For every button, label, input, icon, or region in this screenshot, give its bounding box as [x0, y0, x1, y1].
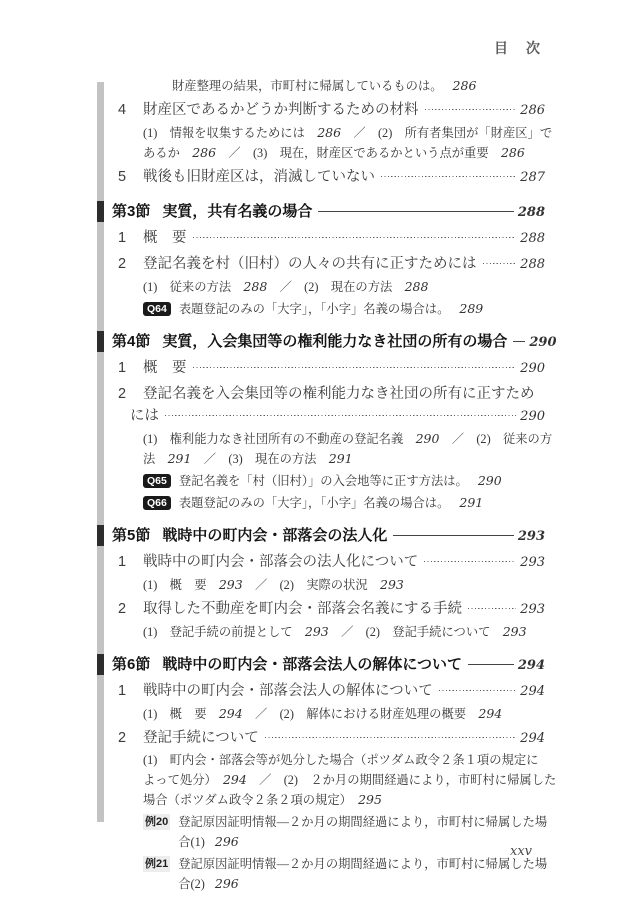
section-label: 第3節 — [112, 200, 150, 223]
dotted-leader — [425, 109, 517, 110]
item-number: 1 — [118, 680, 143, 702]
toc-rei-entry: 例21 登記原因証明情報―２か月の期間経過により，市町村に帰属した場 合(2)2… — [143, 855, 545, 894]
subentry-line: 法 291 ／ (3) 現在の方法 291 — [143, 449, 545, 469]
subentry-text: ／ (2) ２か月の期間経過により，市町村に帰属した — [247, 773, 556, 787]
subentry-text: ／ (2) 実際の状況 — [243, 578, 380, 592]
subentry-line: (1) 町内会・部落会等が処分した場合（ポツダム政令２条１項の規定に — [143, 751, 545, 770]
solid-leader — [468, 664, 514, 665]
q-page-number: 291 — [459, 495, 483, 510]
solid-leader — [513, 341, 525, 342]
q-badge: Q64 — [143, 302, 171, 316]
subentry-text: ／ (2) 登記手続について — [329, 625, 503, 639]
entry-page-number: 286 — [453, 78, 477, 93]
dotted-leader — [265, 737, 516, 738]
toc-item: 1 概 要 288 — [118, 227, 545, 250]
rei-badge: 例20 — [143, 814, 170, 830]
subentry-text: ／ (2) 解体における財産処理の概要 — [243, 707, 479, 721]
solid-leader — [393, 535, 514, 536]
toc-section-heading: 第5節 戦時中の町内会・部落会の法人化 293 — [112, 524, 545, 548]
item-number: 2 — [118, 383, 143, 405]
item-page-number: 293 — [520, 552, 545, 574]
toc-item: 1 戦時中の町内会・部落会の法人化について 293 — [118, 551, 545, 574]
subentry-page-number: 295 — [358, 792, 382, 807]
subentry-page-number: 286 — [192, 145, 216, 160]
solid-leader — [318, 211, 514, 212]
item-title: 登記名義を入会集団等の権利能力なき社団の所有に正すため — [143, 383, 535, 405]
item-title: 登記手続について — [143, 727, 259, 749]
section-title: 実質，入会集団等の権利能力なき社団の所有の場合 — [162, 330, 507, 353]
section-title: 実質，共有名義の場合 — [162, 200, 312, 223]
q-text: 表題登記のみの「大字」，「小字」名義の場合は。291 — [179, 493, 483, 513]
q-text-inner: 表題登記のみの「大字」，「小字」名義の場合は。 — [179, 496, 450, 510]
subentry-line: (1) 登記手続の前提として 293 ／ (2) 登記手続について 293 — [143, 622, 545, 642]
item-title: 戦後も旧財産区は，消滅していない — [143, 166, 375, 188]
toc-item: 1 概 要 290 — [118, 357, 545, 380]
section-page-number: 294 — [518, 654, 545, 677]
subentry-page-number: 293 — [305, 624, 329, 639]
subentry-text: 場合（ポツダム政令２条２項の規定） — [143, 793, 358, 807]
item-title-continuation: には — [130, 405, 159, 427]
toc-item: 1 戦時中の町内会・部落会法人の解体について 294 — [118, 680, 545, 703]
toc-entry-continuation: 財産整理の結果，市町村に帰属しているものは。286 — [172, 76, 545, 96]
toc-subentries: (1) 権利能力なき社団所有の不動産の登記名義 290 ／ (2) 従来の方 法… — [143, 429, 545, 469]
subentry-line: (1) 情報を収集するためには 286 ／ (2) 所有者集団が「財産区」で — [143, 123, 545, 143]
item-line-2: には 290 — [130, 405, 545, 428]
subentry-text: (1) 権利能力なき社団所有の不動産の登記名義 — [143, 432, 416, 446]
dotted-leader — [381, 176, 516, 177]
q-text-inner: 登記名義を「村（旧村）」の入会地等に正す方法は。 — [179, 474, 468, 488]
section-bar-marker — [97, 654, 104, 675]
section-page-number: 293 — [518, 525, 545, 548]
toc-page: 目 次 財産整理の結果，市町村に帰属しているものは。286 4 財産区であるかど… — [0, 0, 629, 900]
section-bar-marker — [97, 201, 104, 222]
subentry-page-number: 293 — [503, 624, 527, 639]
section-label: 第4節 — [112, 330, 150, 353]
item-line-1: 2 登記名義を入会集団等の権利能力なき社団の所有に正すため — [118, 383, 545, 405]
item-page-number: 290 — [520, 406, 545, 428]
rei-page-number: 296 — [215, 876, 239, 891]
toc-subentries: (1) 町内会・部落会等が処分した場合（ポツダム政令２条１項の規定に よって処分… — [143, 751, 545, 810]
q-text: 登記名義を「村（旧村）」の入会地等に正す方法は。290 — [179, 471, 502, 491]
rei-line-2: 合(2)296 — [178, 877, 239, 891]
item-number: 1 — [118, 357, 143, 379]
toc-subentries: (1) 情報を収集するためには 286 ／ (2) 所有者集団が「財産区」で あ… — [143, 123, 545, 163]
subentry-page-number: 294 — [219, 706, 243, 721]
rei-body: 登記原因証明情報―２か月の期間経過により，市町村に帰属した場 合(2)296 — [178, 855, 547, 894]
toc-subentries: (1) 概 要 294 ／ (2) 解体における財産処理の概要 294 — [143, 704, 545, 724]
subentry-text: よって処分） — [143, 773, 223, 787]
item-page-number: 294 — [520, 681, 545, 703]
item-title: 取得した不動産を町内会・部落会名義にする手続 — [143, 598, 462, 620]
toc-content: 財産整理の結果，市町村に帰属しているものは。286 4 財産区であるかどうか判断… — [112, 76, 545, 894]
item-page-number: 290 — [520, 358, 545, 380]
subentry-text: (1) 情報を収集するためには — [143, 126, 317, 140]
toc-item: 2 登記名義を村（旧村）の人々の共有に正すためには 288 — [118, 253, 545, 276]
subentry-text: ／ (2) 従来の方 — [439, 432, 552, 446]
item-title: 戦時中の町内会・部落会法人の解体について — [143, 680, 433, 702]
subentry-page-number: 288 — [405, 279, 429, 294]
rei-line-1: 登記原因証明情報―２か月の期間経過により，市町村に帰属した場 — [178, 815, 547, 829]
item-title: 戦時中の町内会・部落会の法人化について — [143, 551, 418, 573]
subentry-text: ／ (2) 所有者集団が「財産区」で — [341, 126, 552, 140]
section-label: 第6節 — [112, 653, 150, 676]
item-title: 概 要 — [143, 227, 187, 249]
page-folio: xxv — [112, 844, 538, 859]
dotted-leader — [468, 608, 516, 609]
item-page-number: 293 — [520, 599, 545, 621]
subentry-line: 場合（ポツダム政令２条２項の規定） 295 — [143, 790, 545, 810]
toc-item: 4 財産区であるかどうか判断するための材料 286 — [118, 99, 545, 122]
dotted-leader — [439, 690, 516, 691]
subentry-text: ／ (2) 現在の方法 — [267, 280, 404, 294]
subentry-line: (1) 概 要 293 ／ (2) 実際の状況 293 — [143, 575, 545, 595]
q-text: 表題登記のみの「大字」，「小字」名義の場合は。289 — [179, 299, 483, 319]
subentry-page-number: 290 — [416, 431, 440, 446]
entry-text: 財産整理の結果，市町村に帰属しているものは。 — [172, 79, 443, 93]
item-title: 登記名義を村（旧村）の人々の共有に正すためには — [143, 253, 477, 275]
q-badge: Q65 — [143, 474, 171, 488]
subentry-text: あるか — [143, 146, 192, 160]
item-title: 概 要 — [143, 357, 187, 379]
subentry-text: (1) 概 要 — [143, 707, 219, 721]
subentry-page-number: 291 — [168, 451, 192, 466]
item-number: 1 — [118, 227, 143, 249]
toc-section-heading: 第4節 実質，入会集団等の権利能力なき社団の所有の場合 290 — [112, 330, 545, 354]
item-number: 2 — [118, 598, 143, 620]
toc-subentries: (1) 登記手続の前提として 293 ／ (2) 登記手続について 293 — [143, 622, 545, 642]
subentry-line: (1) 権利能力なき社団所有の不動産の登記名義 290 ／ (2) 従来の方 — [143, 429, 545, 449]
section-title: 戦時中の町内会・部落会法人の解体について — [162, 653, 462, 676]
subentry-page-number: 286 — [501, 145, 525, 160]
section-bar-marker — [97, 331, 104, 352]
item-page-number: 287 — [520, 167, 545, 189]
subentry-text: (1) 登記手続の前提として — [143, 625, 305, 639]
toc-item: 2 取得した不動産を町内会・部落会名義にする手続 293 — [118, 598, 545, 621]
subentry-text: ／ (3) 現在，財産区であるかという点が重要 — [216, 146, 501, 160]
left-margin-bar — [97, 82, 104, 822]
subentry-text: ／ (3) 現在の方法 — [191, 452, 328, 466]
toc-section-heading: 第6節 戦時中の町内会・部落会法人の解体について 294 — [112, 653, 545, 677]
item-number: 1 — [118, 551, 143, 573]
subentry-page-number: 293 — [380, 577, 404, 592]
item-page-number: 286 — [520, 100, 545, 122]
rei-line-1: 登記原因証明情報―２か月の期間経過により，市町村に帰属した場 — [178, 857, 547, 871]
page-title: 目 次 — [112, 38, 542, 58]
subentry-line: (1) 従来の方法 288 ／ (2) 現在の方法 288 — [143, 277, 545, 297]
subentry-line: あるか 286 ／ (3) 現在，財産区であるかという点が重要 286 — [143, 143, 545, 163]
section-page-number: 288 — [518, 201, 545, 224]
subentry-page-number: 294 — [223, 772, 247, 787]
toc-subentries: (1) 従来の方法 288 ／ (2) 現在の方法 288 — [143, 277, 545, 297]
section-page-number: 290 — [529, 331, 556, 354]
item-number: 4 — [118, 99, 143, 121]
section-title: 戦時中の町内会・部落会の法人化 — [162, 524, 387, 547]
section-bar-marker — [97, 525, 104, 546]
q-page-number: 289 — [459, 301, 483, 316]
section-label: 第5節 — [112, 524, 150, 547]
subentry-line: よって処分） 294 ／ (2) ２か月の期間経過により，市町村に帰属した — [143, 770, 545, 790]
item-page-number: 288 — [520, 228, 545, 250]
subentry-text: 法 — [143, 452, 168, 466]
subentry-page-number: 293 — [219, 577, 243, 592]
item-page-number: 288 — [520, 254, 545, 276]
subentry-line: (1) 概 要 294 ／ (2) 解体における財産処理の概要 294 — [143, 704, 545, 724]
q-text-inner: 表題登記のみの「大字」，「小字」名義の場合は。 — [179, 302, 450, 316]
dotted-leader — [483, 263, 517, 264]
dotted-leader — [193, 367, 517, 368]
toc-item: 5 戦後も旧財産区は，消滅していない 287 — [118, 166, 545, 189]
subentry-page-number: 288 — [243, 279, 267, 294]
toc-q-entry: Q64 表題登記のみの「大字」，「小字」名義の場合は。289 — [143, 299, 545, 319]
toc-item: 2 登記手続について 294 — [118, 727, 545, 750]
subentry-text: (1) 町内会・部落会等が処分した場合（ポツダム政令２条１項の規定に — [143, 753, 538, 767]
toc-q-entry: Q66 表題登記のみの「大字」，「小字」名義の場合は。291 — [143, 493, 545, 513]
dotted-leader — [424, 561, 516, 562]
subentry-page-number: 286 — [317, 125, 341, 140]
dotted-leader — [165, 415, 516, 416]
item-page-number: 294 — [520, 728, 545, 750]
item-number: 2 — [118, 727, 143, 749]
toc-item-twoline: 2 登記名義を入会集団等の権利能力なき社団の所有に正すため には 290 — [112, 383, 545, 428]
toc-subentries: (1) 概 要 293 ／ (2) 実際の状況 293 — [143, 575, 545, 595]
toc-q-entry: Q65 登記名義を「村（旧村）」の入会地等に正す方法は。290 — [143, 471, 545, 491]
subentry-page-number: 294 — [478, 706, 502, 721]
toc-section-heading: 第3節 実質，共有名義の場合 288 — [112, 200, 545, 224]
item-title: 財産区であるかどうか判断するための材料 — [143, 99, 419, 121]
subentry-text: (1) 概 要 — [143, 578, 219, 592]
item-number: 5 — [118, 166, 143, 188]
subentry-text: (1) 従来の方法 — [143, 280, 243, 294]
item-number: 2 — [118, 253, 143, 275]
dotted-leader — [193, 237, 517, 238]
rei-line-2-text: 合(2) — [178, 877, 205, 891]
q-badge: Q66 — [143, 496, 171, 510]
subentry-page-number: 291 — [329, 451, 353, 466]
q-page-number: 290 — [478, 473, 502, 488]
